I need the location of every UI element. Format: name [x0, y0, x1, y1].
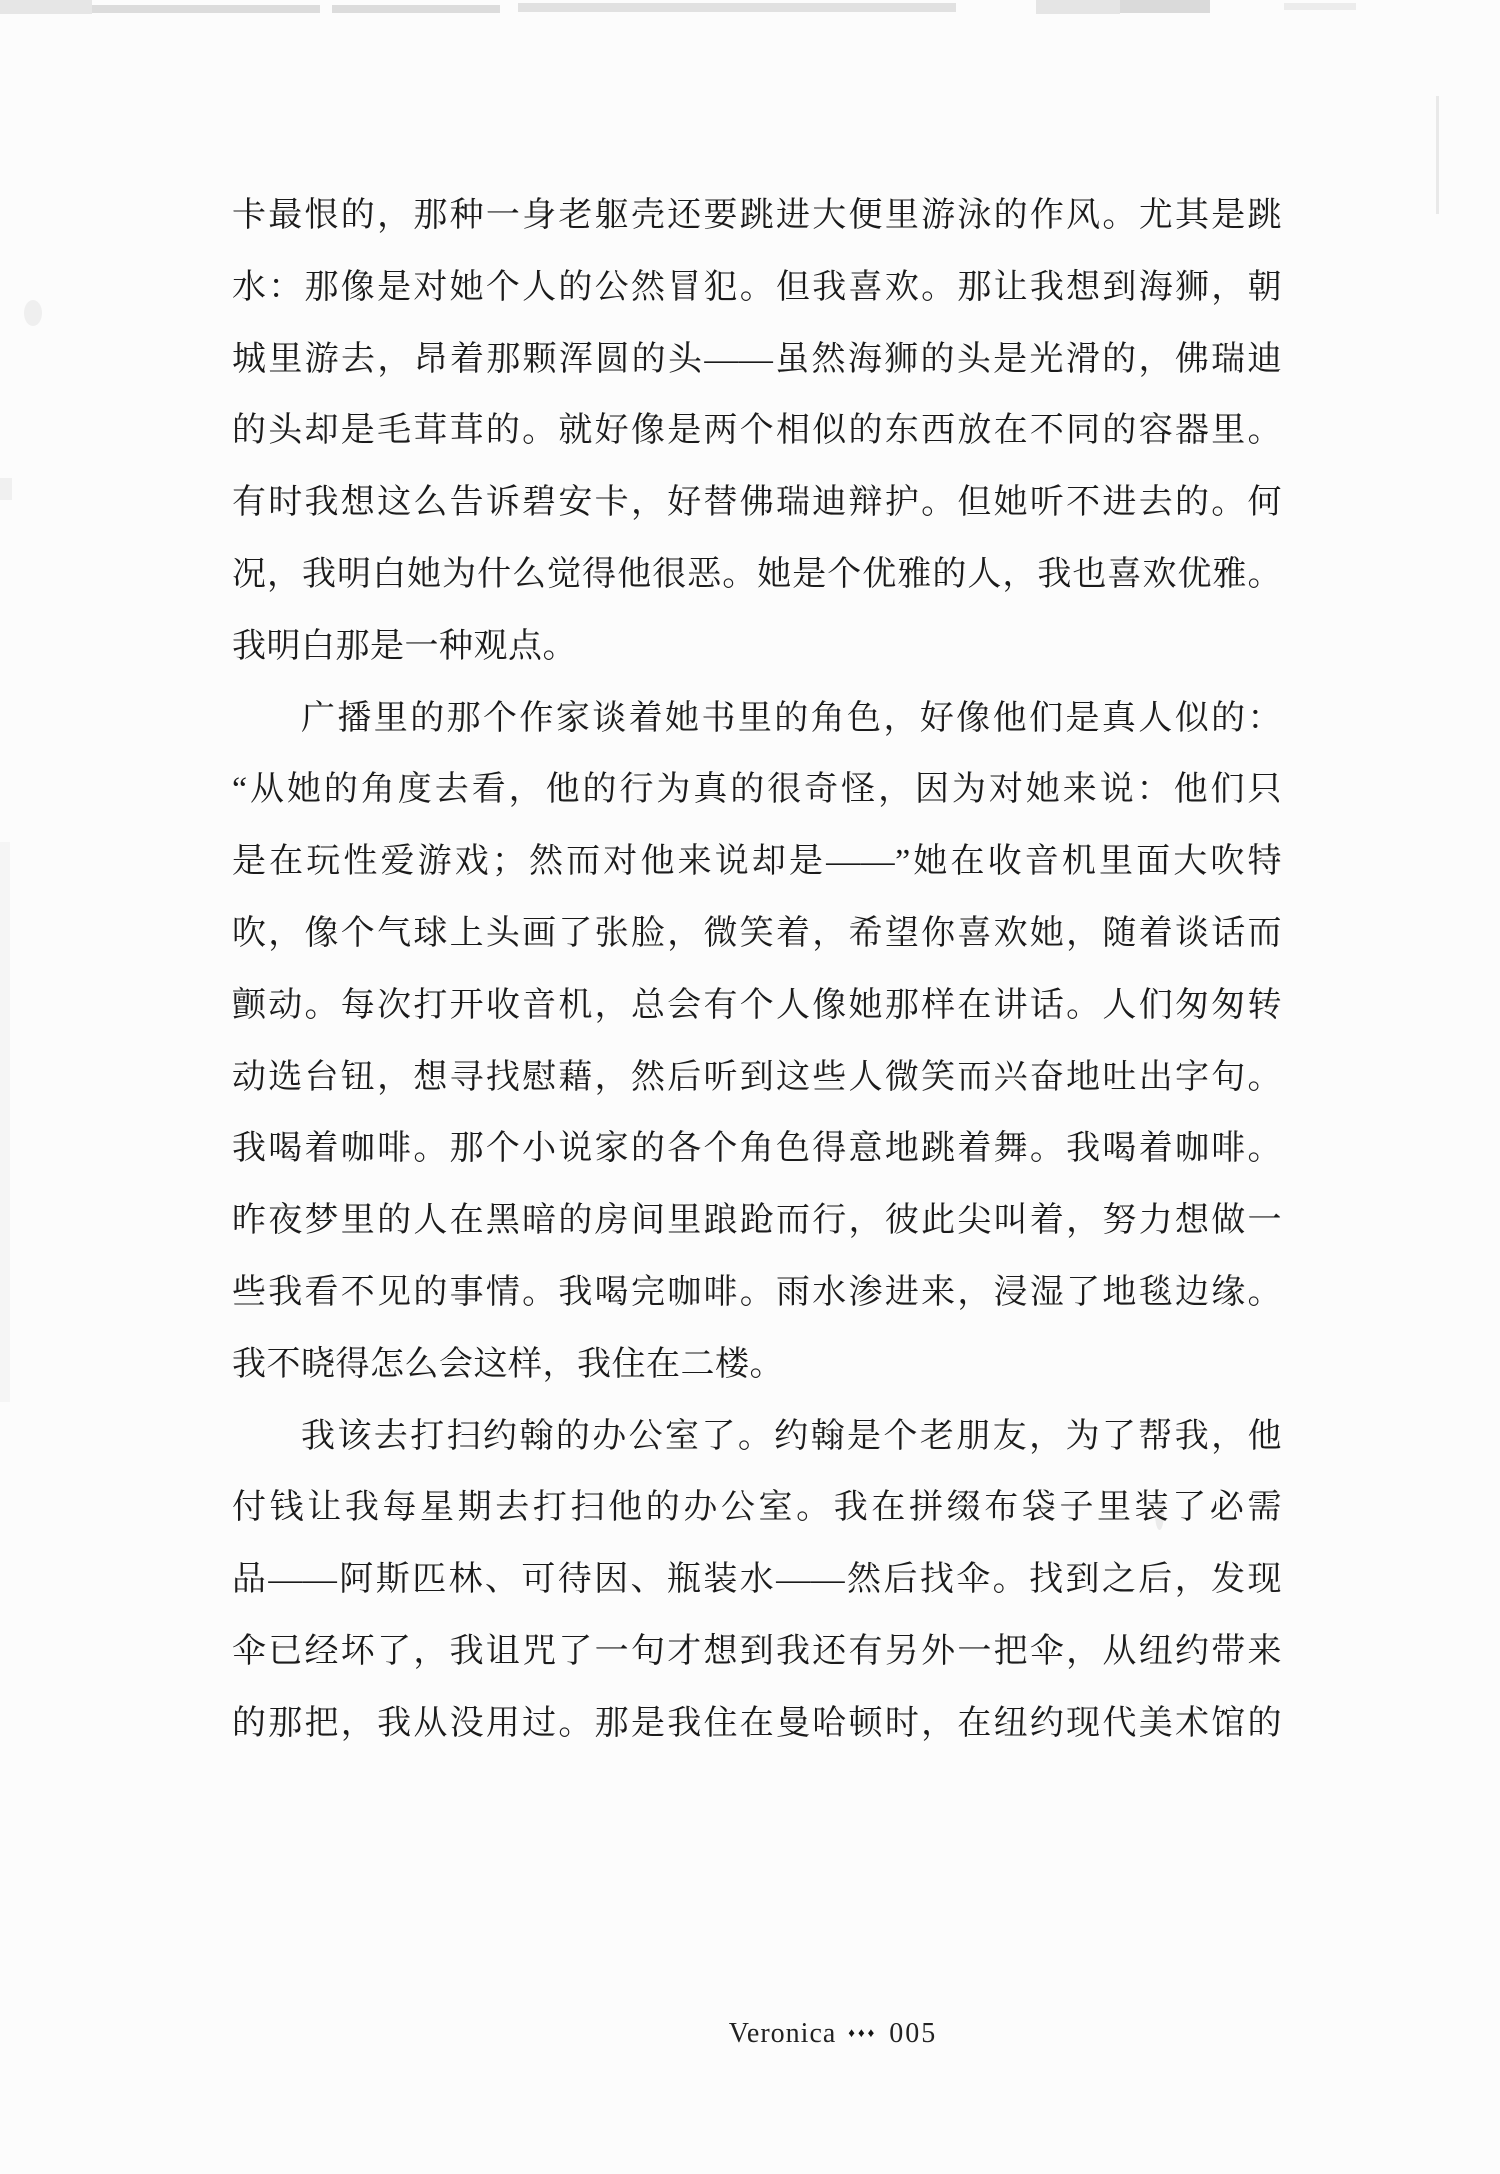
scan-artifact	[518, 3, 956, 12]
text-line: 况，我明白她为什么觉得他很恶。她是个优雅的人，我也喜欢优雅。	[232, 539, 1282, 611]
text-line: 广播里的那个作家谈着她书里的角色，好像他们是真人似的：	[232, 683, 1282, 755]
text-line: 城里游去，昂着那颗浑圆的头——虽然海狮的头是光滑的，佛瑞迪	[232, 324, 1282, 396]
scan-artifact	[1120, 0, 1210, 13]
page-footer: Veronica♦♦♦005	[729, 2018, 937, 2050]
scan-artifact	[0, 478, 12, 500]
text-line: 的那把，我从没用过。那是我住在曼哈顿时，在纽约现代美术馆的	[232, 1688, 1282, 1760]
text-line: 吹，像个气球上头画了张脸，微笑着，希望你喜欢她，随着谈话而	[232, 898, 1282, 970]
text-line: 些我看不见的事情。我喝完咖啡。雨水渗进来，浸湿了地毯边缘。	[232, 1257, 1282, 1329]
text-line: 我该去打扫约翰的办公室了。约翰是个老朋友，为了帮我，他	[232, 1401, 1282, 1473]
text-line: “从她的角度去看，他的行为真的很奇怪，因为对她来说：他们只	[232, 754, 1282, 826]
book-page: { "document": { "lines": [ "卡最恨的，那种一身老躯壳…	[0, 0, 1500, 2174]
scan-artifact	[0, 842, 10, 1402]
scan-artifact	[1284, 3, 1356, 10]
text-line: 有时我想这么告诉碧安卡，好替佛瑞迪辩护。但她听不进去的。何	[232, 467, 1282, 539]
scan-artifact	[1036, 0, 1120, 14]
scan-artifact	[332, 5, 500, 13]
page-number: 005	[889, 2018, 937, 2049]
scan-artifact	[0, 0, 92, 14]
text-line: 付钱让我每星期去打扫他的办公室。我在拼缀布袋子里装了必需	[232, 1472, 1282, 1544]
scan-artifact	[1436, 96, 1439, 214]
text-line: 卡最恨的，那种一身老躯壳还要跳进大便里游泳的作风。尤其是跳	[232, 180, 1282, 252]
scan-artifact	[24, 300, 42, 326]
page-text: 卡最恨的，那种一身老躯壳还要跳进大便里游泳的作风。尤其是跳 水：那像是对她个人的…	[232, 180, 1282, 1760]
text-line: 昨夜梦里的人在黑暗的房间里踉跄而行，彼此尖叫着，努力想做一	[232, 1185, 1282, 1257]
text-line: 品——阿斯匹林、可待因、瓶装水——然后找伞。找到之后，发现	[232, 1544, 1282, 1616]
text-line: 我明白那是一种观点。	[232, 611, 1282, 683]
text-line: 动选台钮，想寻找慰藉，然后听到这些人微笑而兴奋地吐出字句。	[232, 1042, 1282, 1114]
text-line: 颤动。每次打开收音机，总会有个人像她那样在讲话。人们匆匆转	[232, 970, 1282, 1042]
text-line: 是在玩性爱游戏；然而对他来说却是——”她在收音机里面大吹特	[232, 826, 1282, 898]
diamond-separator-icon: ♦♦♦	[848, 2025, 877, 2040]
book-title: Veronica	[729, 2018, 837, 2049]
text-line: 的头却是毛茸茸的。就好像是两个相似的东西放在不同的容器里。	[232, 395, 1282, 467]
text-line: 伞已经坏了，我诅咒了一句才想到我还有另外一把伞，从纽约带来	[232, 1616, 1282, 1688]
text-line: 我喝着咖啡。那个小说家的各个角色得意地跳着舞。我喝着咖啡。	[232, 1113, 1282, 1185]
text-line: 水：那像是对她个人的公然冒犯。但我喜欢。那让我想到海狮，朝	[232, 252, 1282, 324]
scan-artifact	[92, 5, 320, 13]
text-line: 我不晓得怎么会这样，我住在二楼。	[232, 1329, 1282, 1401]
